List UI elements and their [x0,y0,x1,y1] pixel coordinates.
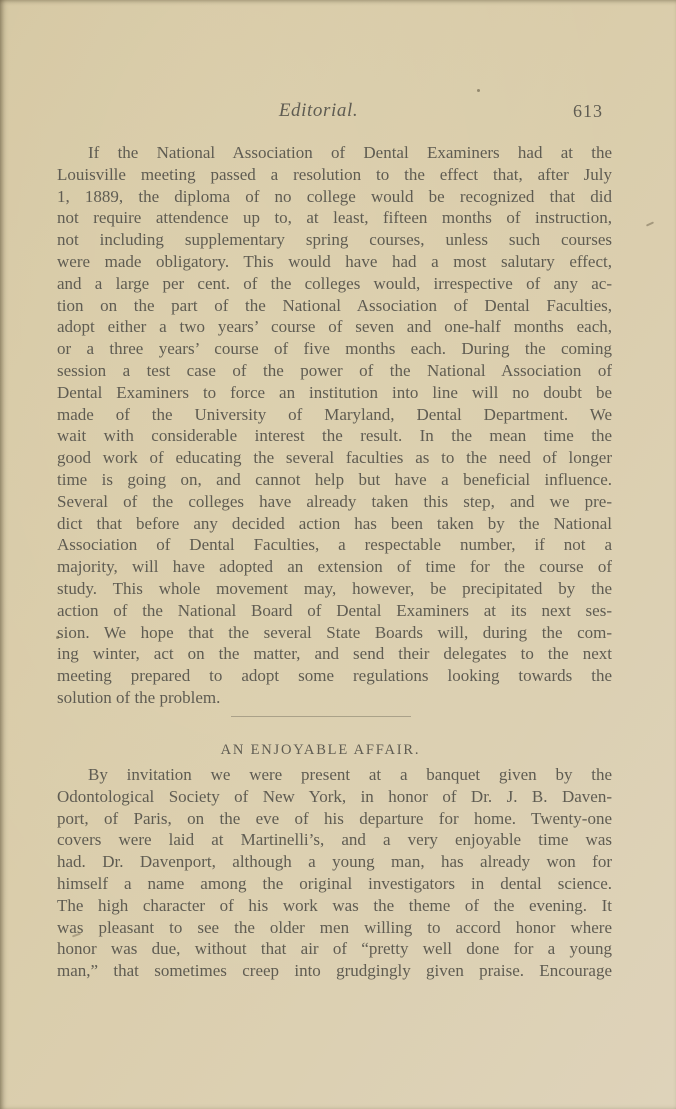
scan-speck [477,89,480,92]
text-line: majority, will have adopted an extension… [57,556,612,578]
scan-speck [56,636,59,639]
text-line: Several of the colleges have already tak… [57,491,612,513]
text-line: time is going on, and cannot help but ha… [57,469,612,491]
text-line: not require attendence up to, at least, … [57,207,612,229]
text-line: good work of educating the several facul… [57,447,612,469]
text-line: Odontological Society of New York, in ho… [57,786,612,808]
text-line: honor was due, without that air of “pret… [57,938,612,960]
text-line: port, of Paris, on the eve of his depart… [57,808,612,830]
scanned-journal-page: Editorial. 613 If the National Associati… [0,0,676,1109]
text-line: ing winter, act on the matter, and send … [57,643,612,665]
text-line: made of the University of Maryland, Dent… [57,404,612,426]
editorial-paragraph: If the National Association of Dental Ex… [57,142,612,709]
running-header-title: Editorial. [41,100,596,122]
text-line: solution of the problem. [57,687,612,709]
text-line: adopt either a two years’ course of seve… [57,316,612,338]
running-header: Editorial. 613 [57,100,612,124]
text-line: sion. We hope that the several State Boa… [57,622,612,644]
scan-mark [646,221,654,226]
text-line: tion on the part of the National Associa… [57,295,612,317]
text-line: dict that before any decided action has … [57,513,612,535]
text-line: If the National Association of Dental Ex… [57,142,612,164]
text-line: By invitation we were present at a banqu… [57,764,612,786]
text-line: was pleasant to see the older men willin… [57,917,612,939]
text-line: or a three years’ course of five months … [57,338,612,360]
text-line: The high character of his work was the t… [57,895,612,917]
text-line: session a test case of the power of the … [57,360,612,382]
text-line: meeting prepared to adopt some regulatio… [57,665,612,687]
page-number: 613 [573,101,603,122]
text-line: not including supplementary spring cours… [57,229,612,251]
text-line: and a large per cent. of the colleges wo… [57,273,612,295]
text-line: Louisville meeting passed a resolution t… [57,164,612,186]
text-line: had. Dr. Davenport, although a young man… [57,851,612,873]
text-line: man,” that sometimes creep into grudging… [57,960,612,982]
text-line: wait with considerable interest the resu… [57,425,612,447]
section-heading: AN ENJOYABLE AFFAIR. [43,742,598,759]
text-line: Association of Dental Faculties, a respe… [57,534,612,556]
section-divider [231,716,411,717]
text-line: Dental Examiners to force an institution… [57,382,612,404]
text-line: himself a name among the original invest… [57,873,612,895]
text-line: study. This whole movement may, however,… [57,578,612,600]
text-line: were made obligatory. This would have ha… [57,251,612,273]
text-line: covers were laid at Martinelli’s, and a … [57,829,612,851]
affair-paragraph: By invitation we were present at a banqu… [57,764,612,982]
text-line: 1, 1889, the diploma of no college would… [57,186,612,208]
text-line: action of the National Board of Dental E… [57,600,612,622]
